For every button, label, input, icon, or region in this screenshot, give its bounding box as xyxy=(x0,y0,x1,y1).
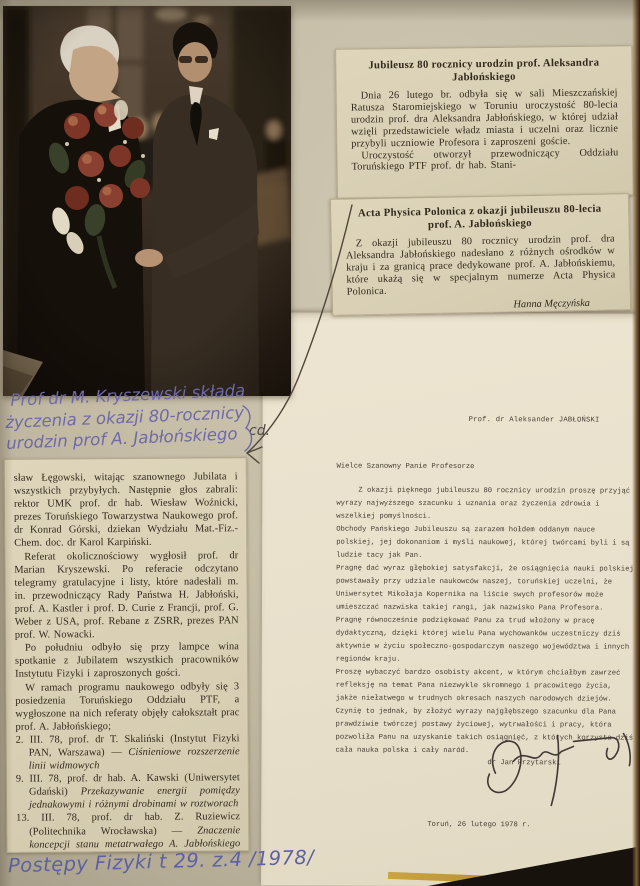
congratulatory-letter: Prof. dr Aleksander JABŁOŃSKI Wielce Sza… xyxy=(261,312,640,886)
arrow-down-left-icon xyxy=(247,447,262,463)
column-para4: W ramach programu naukowego odbyły się 3… xyxy=(15,680,239,734)
signature-scribble xyxy=(473,729,640,828)
clipping-jubileusz: Jubileusz 80 rocznicy urodzin prof. Alek… xyxy=(335,45,634,199)
clipping-acta: Acta Physica Polonica z okazji jubileusz… xyxy=(330,193,631,316)
scan-right-edge xyxy=(632,0,640,886)
photo-scene xyxy=(3,6,291,396)
column-lecture-item: 2. III. 78, prof. dr T. Skaliński (Insty… xyxy=(16,732,240,773)
column-lecture-item: 13. III. 78, prof. dr hab. Z. Ruziewicz … xyxy=(16,811,240,853)
letter-para1: Z okazji pięknego jubileuszu 80 rocznicy… xyxy=(336,485,634,525)
clipping-report-column: sław Łęgowski, witając szanownego Jubila… xyxy=(4,457,250,853)
clipping-jubileusz-para1: Dnia 26 lutego br. odbyła się w sali Mie… xyxy=(351,87,619,150)
clipping-acta-byline: Hanna Męczyńska xyxy=(347,297,616,313)
letter-dateline: Toruń, 26 lutego 1978 r. xyxy=(427,821,531,829)
clipping-jubileusz-para2: Uroczystość otworzył przewodniczący Oddz… xyxy=(351,147,618,174)
clipping-acta-para1: Z okazji jubileuszu 80 rocznicy urodzin … xyxy=(346,233,616,298)
letter-para3: Pragnę dać wyraz głębokiej satysfakcji, … xyxy=(336,563,634,616)
scrapbook-page: Jubileusz 80 rocznicy urodzin prof. Alek… xyxy=(0,0,640,886)
letter-salutation: Wielce Szanowny Panie Profesorze xyxy=(336,463,474,471)
letter-signature-name: dr Jan Przytarski xyxy=(487,759,560,767)
clipping-acta-title: Acta Physica Polonica z okazji jubileusz… xyxy=(345,202,614,233)
photo-vignette xyxy=(3,6,291,396)
column-para1: sław Łęgowski, witając szanownego Jubila… xyxy=(14,470,239,550)
handwritten-caption: Prof dr M. Kryszewski składa życzenia z … xyxy=(4,377,316,454)
column-para3: Po południu odbyło się przy lampce wina … xyxy=(15,640,239,681)
letter-para2: Obchody Pańskiego Jubileuszu są zarazem … xyxy=(336,524,634,564)
jubilee-photograph xyxy=(3,6,291,396)
clipping-jubileusz-title: Jubileusz 80 rocznicy urodzin prof. Alek… xyxy=(350,56,617,85)
letter-addressee: Prof. dr Aleksander JABŁOŃSKI xyxy=(469,416,600,424)
letter-body: Z okazji pięknego jubileuszu 80 rocznicy… xyxy=(335,485,634,759)
column-para2: Referat okolicznościowy wygłosił prof. d… xyxy=(14,549,239,642)
handwritten-cd-mark: cd. xyxy=(249,423,270,439)
letter-para4: Pragnę równocześnie podziękować Panu za … xyxy=(336,615,634,668)
column-lecture-item: 9. III. 78, prof. dr hab. A. Kawski (Uni… xyxy=(16,771,240,812)
